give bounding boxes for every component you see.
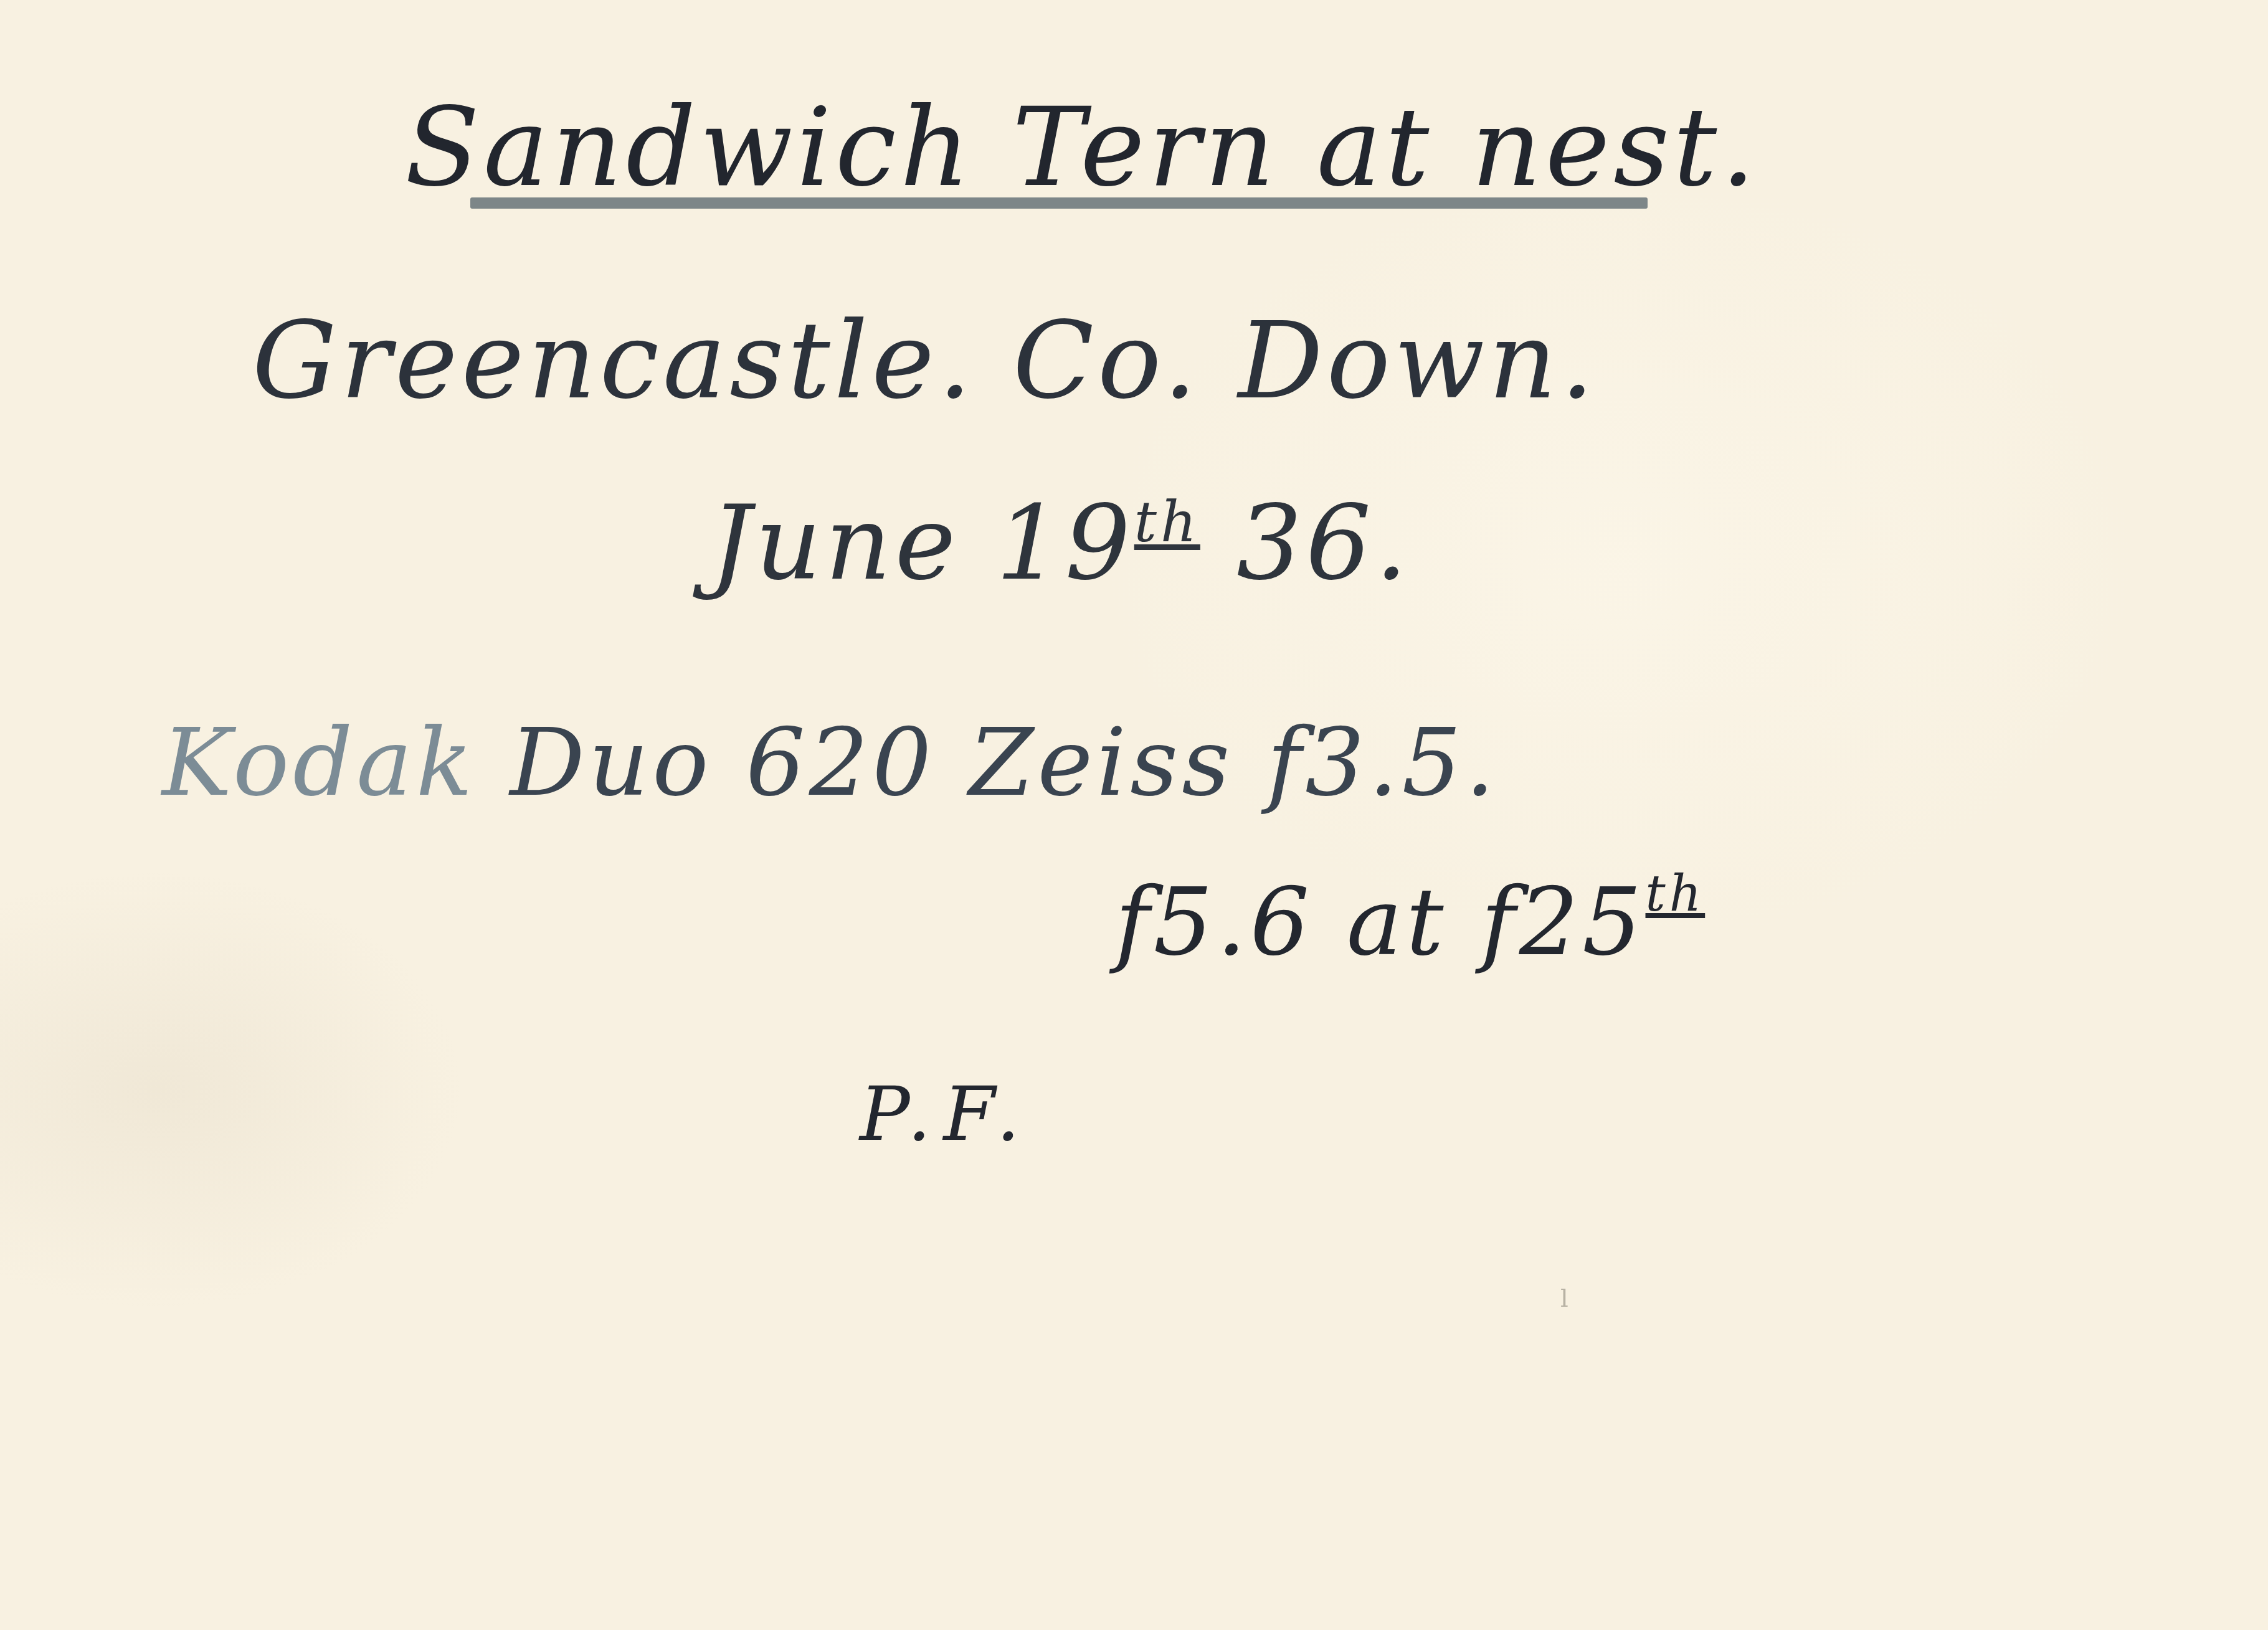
pencil-mark-text: l [1560,1284,1568,1313]
date-line: June 19th 36. [710,492,1412,595]
exposure-ordinal: th [1646,865,1706,922]
date-ordinal: th [1134,490,1200,555]
camera-lens: Zeiss f3.5. [969,709,1498,817]
camera-model: Duo 620 [510,709,935,817]
camera-brand: Kodak [162,709,477,817]
date-year: 36. [1236,483,1411,603]
signature-initials: P.F. [860,1078,1032,1152]
title-underline [470,197,1648,209]
card-title: Sandwich Tern at nest. [405,93,1759,202]
location-text: Greencastle. Co. Down. [252,300,1598,423]
note-card: Sandwich Tern at nest. Greencastle. Co. … [0,0,2268,1630]
date-text: June 19 [710,483,1134,603]
location-line: Greencastle. Co. Down. [252,308,1598,414]
pencil-mark: l [1560,1286,1568,1311]
exposure-text: f5.6 at f25 [1115,868,1646,977]
title-text: Sandwich Tern at nest. [405,85,1759,211]
camera-line: Kodak Duo 620 Zeiss f3.5. [162,716,1499,810]
initials-text: P.F. [860,1071,1032,1158]
exposure-line: f5.6 at f25th [1115,869,1705,969]
